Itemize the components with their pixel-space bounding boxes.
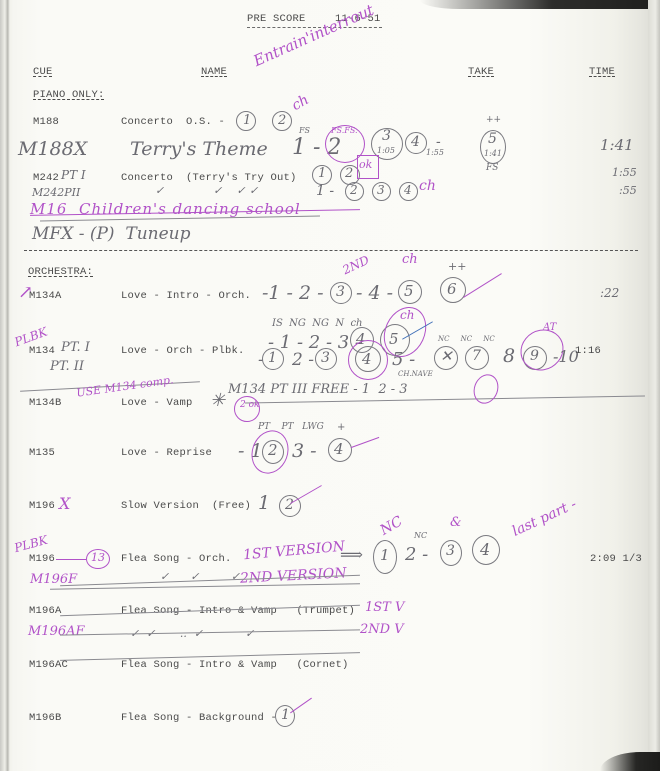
take-dash: - (436, 134, 441, 150)
version-note: 1ST VERSION (242, 539, 345, 564)
pen-stroke (351, 437, 380, 448)
cue-id: M242 (33, 172, 59, 184)
take-number: 4 (404, 183, 412, 197)
page-shadow-top (420, 0, 660, 9)
cue-id: M196B (29, 712, 62, 724)
take-note: ch (402, 252, 418, 267)
alt-take-line: M134 PT III FREE - 1 2 - 3 (228, 382, 408, 397)
section-divider (24, 250, 638, 251)
pen-stroke (463, 273, 502, 298)
cue-part-label: PT. II (50, 359, 84, 374)
take-note: 2 ok (240, 400, 259, 410)
take-note: 1:41 (484, 149, 502, 158)
pen-stroke (56, 559, 86, 560)
page-edge-right (648, 0, 660, 771)
pen-stroke (290, 698, 312, 714)
take-number: 3 (377, 183, 385, 197)
take-number: - 4 - (356, 282, 393, 304)
take-note: 1:05 (377, 146, 395, 155)
take-number: 1 (380, 546, 390, 564)
take-note: FS.FS. (331, 126, 358, 135)
section-piano-only: PIANO ONLY: (33, 89, 105, 101)
take-number: 3 - (292, 440, 317, 462)
take-note: ++ (448, 260, 466, 273)
cue-id: M135 (29, 447, 55, 459)
column-header-cue: CUE (33, 66, 53, 78)
take-number: 3 (321, 350, 330, 366)
take-note: NC NC NC (438, 335, 495, 343)
take-note: ch (400, 308, 414, 322)
take-number: 2 (278, 113, 286, 128)
take-number: 3 (446, 543, 455, 559)
cue-name: Concerto (Terry's Try Out) (121, 172, 297, 184)
cue-name: Love - Intro - Orch. (121, 290, 251, 302)
take-number: 2 (345, 166, 353, 181)
take-number: 1 (268, 350, 277, 366)
take-note: PT PT LWG (258, 422, 324, 432)
cue-time: :55 (619, 184, 637, 197)
cue-id: M196 (29, 553, 55, 565)
take-number: 4 (362, 350, 372, 368)
cue-name: Flea Song - Background - (121, 712, 277, 724)
take-note: + (337, 422, 345, 433)
pen-stroke (290, 485, 322, 504)
cue-id: M196 (29, 500, 55, 512)
cue-id-handwritten: M196AF (28, 624, 85, 639)
take-note: & (450, 515, 462, 530)
binding-edge (0, 0, 14, 771)
take-number: 3 (382, 128, 391, 144)
cue-id-handwritten: M188X (18, 138, 87, 160)
scanned-page: PRE SCORE 11-6-51 Entrain'interrout CUE … (0, 0, 660, 771)
page-shadow-bottom (600, 752, 660, 771)
take-note: NC (378, 513, 406, 538)
mfx-note: MFX - (P) Tuneup (32, 224, 191, 244)
cue-name: Love - Reprise (121, 447, 212, 459)
scribble-icon: ✳ (210, 390, 225, 411)
take-note: ++ (486, 115, 501, 125)
cue-name-handwritten: Terry's Theme (130, 138, 268, 160)
handwritten-note: USE M134 comp. (76, 373, 175, 399)
take-number: 5 (488, 131, 497, 147)
take-number: 1 (258, 492, 270, 514)
cue-name: Flea Song - Intro & Vamp (Cornet) (121, 659, 349, 671)
handwritten-top-note: Entrain'interrout (251, 1, 377, 70)
struck-note: M16 Children's dancing school (30, 200, 301, 218)
cue-time: 1:16 (575, 345, 601, 357)
version-note: 1ST V (365, 600, 404, 615)
cue-part-label: PT I (61, 168, 86, 182)
ok-mark: ok (359, 158, 372, 171)
take-note: ch (419, 178, 436, 194)
column-header-name: NAME (201, 66, 227, 78)
take-number: 5 - (392, 349, 415, 370)
cue-id-handwritten: M242PII (32, 186, 80, 199)
take-number: 8 (503, 345, 515, 367)
take-number: 1 (243, 113, 251, 128)
take-number: 4 (480, 540, 490, 559)
take-number: -1 - 2 - (262, 282, 324, 304)
cue-time: 1:41 (600, 136, 634, 154)
alt-take-sub: CH.NAVE (398, 370, 433, 378)
cue-id: M196A (29, 605, 62, 617)
cue-name: Flea Song - Orch. (121, 553, 232, 565)
document-title: PRE SCORE (247, 13, 306, 25)
column-header-time: TIME (589, 66, 615, 78)
take-number: 2 - (292, 350, 314, 370)
version-note: 2ND V (360, 622, 404, 637)
take-circle (470, 371, 503, 407)
take-note: ch (289, 92, 312, 114)
cue-id: M134 (29, 345, 55, 357)
cue-id: M196AC (29, 659, 68, 671)
section-orchestra: ORCHESTRA: (28, 266, 93, 278)
take-number: 4 (411, 134, 420, 150)
take-number: 3 (336, 284, 345, 300)
take-number: 4 (334, 440, 344, 458)
take-number: 5 (389, 330, 399, 348)
column-header-take: TAKE (468, 66, 494, 78)
plbk-note: PLBK (13, 533, 49, 555)
cue-name: Love - Orch - Plbk. (121, 345, 245, 357)
take-note: last part - (510, 496, 579, 540)
take-note: 2ND (340, 253, 371, 277)
cue-name: Concerto O.S. - (121, 116, 225, 128)
take-number: 1 - (316, 183, 334, 199)
take-number: 2 (285, 497, 294, 513)
take-number-crossed: ✕ (440, 347, 453, 365)
cue-circle-number: 13 (91, 551, 105, 564)
take-number: - 1 - 2 - 3 - (268, 332, 361, 353)
take-number: 7 (472, 348, 481, 364)
take-note: 1:55 (426, 148, 444, 157)
take-note: NC (414, 531, 427, 540)
cue-id: M134A (29, 290, 62, 302)
take-note: FS (299, 126, 310, 135)
take-extra-notes: IS NG NG N ch (272, 318, 363, 329)
cue-name: Slow Version (Free) (121, 500, 251, 512)
take-number: 1 (318, 166, 326, 181)
take-number: 6 (447, 280, 457, 298)
cue-mark: X (59, 494, 70, 513)
take-note: AT (543, 322, 556, 333)
arrow-icon: ⟹ (340, 545, 363, 564)
cue-time: 1:55 (612, 166, 637, 179)
cue-part-label: PT. I (61, 340, 90, 355)
cue-name: Love - Vamp (121, 397, 193, 409)
cue-time: 2:09 1/3 (590, 553, 642, 565)
take-number: 5 (404, 282, 414, 300)
take-number: 2 - (405, 544, 428, 565)
take-number: 2 (268, 441, 278, 459)
cue-time: :22 (600, 286, 619, 300)
take-number: 2 (350, 183, 358, 197)
cue-id: M188 (33, 116, 59, 128)
take-note: FS (486, 163, 498, 173)
cue-id: M134B (29, 397, 62, 409)
take-number: 9 (530, 348, 539, 364)
ditto-marks: ✓ ✓ ✓ ✓ (155, 184, 258, 197)
take-number: 1 (281, 707, 290, 723)
